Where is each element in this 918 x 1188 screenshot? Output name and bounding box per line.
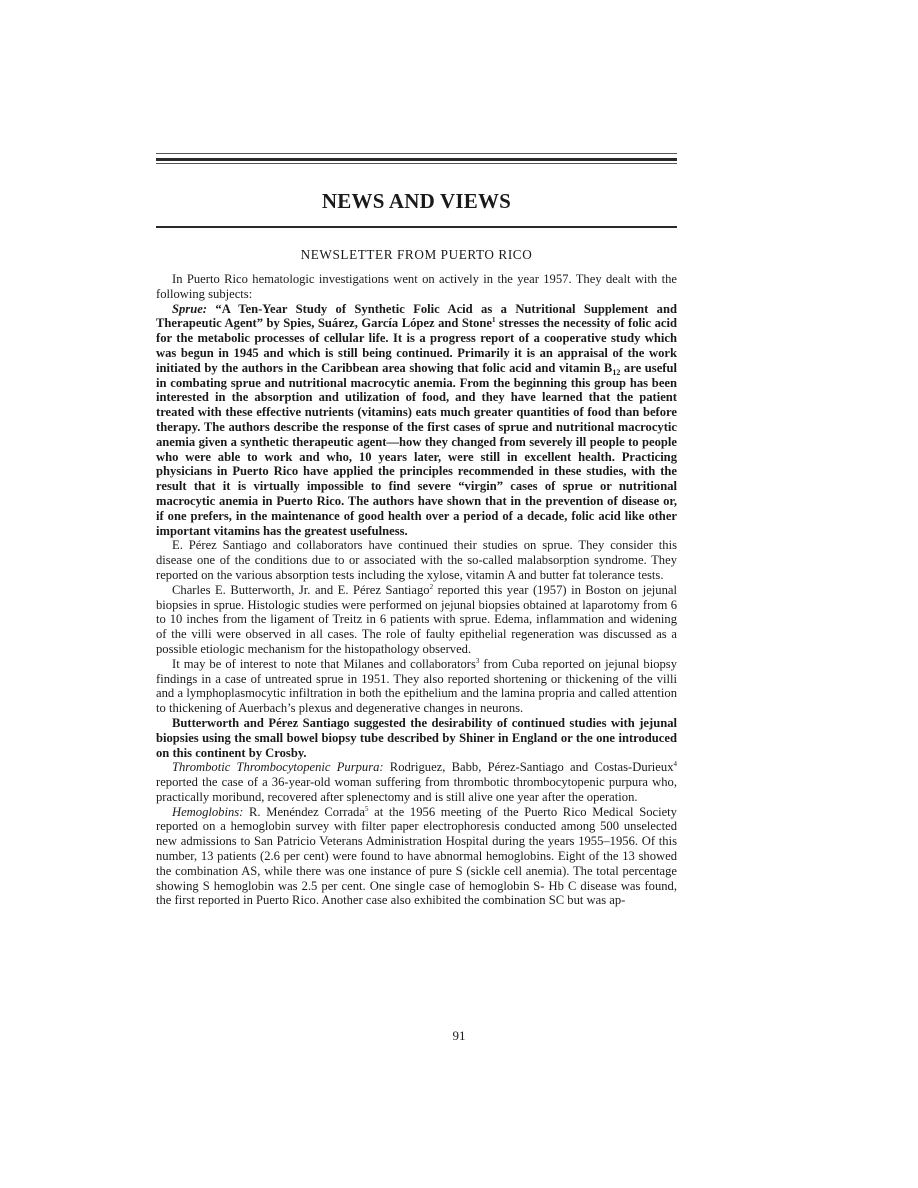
triple-rule-divider [156,150,677,168]
subject-heading: Hemoglobins: [172,805,243,819]
paragraph-text: In Puerto Rico hematologic investigation… [156,272,677,301]
paragraph-ttp: Thrombotic Thrombocytopenic Purpura: Rod… [156,760,677,804]
subject-heading: Sprue: [172,302,207,316]
paragraph-malabsorption: E. Pérez Santiago and collaborators have… [156,538,677,582]
paragraph-text: E. Pérez Santiago and collaborators have… [156,538,677,582]
paragraph-text: are useful in combating sprue and nutrit… [156,361,677,538]
paragraph-text: It may be of interest to note that Milan… [172,657,476,671]
paragraph-milanes: It may be of interest to note that Milan… [156,657,677,716]
rule-divider [156,226,677,228]
subject-heading: Thrombotic Thrombocytopenic Purpura: [172,760,384,774]
paragraph-text: reported the case of a 36-year-old woman… [156,775,677,804]
paragraph-text: Rodriguez, Babb, Pérez-Santiago and Cost… [384,760,674,774]
rule-line [156,163,677,164]
reference-number: 4 [674,760,678,768]
article-title: NEWSLETTER FROM PUERTO RICO [156,246,677,264]
paragraph-jejunal-biopsies: Charles E. Butterworth, Jr. and E. Pérez… [156,583,677,657]
rule-line [156,158,677,161]
paragraph-sprue: Sprue: “A Ten-Year Study of Synthetic Fo… [156,302,677,539]
rule-line [156,153,677,154]
paragraph-text: Charles E. Butterworth, Jr. and E. Pérez… [172,583,430,597]
article-body: In Puerto Rico hematologic investigation… [156,272,677,908]
section-title: NEWS AND VIEWS [156,187,677,215]
paragraph-text: R. Menéndez Corrada [243,805,365,819]
journal-page: NEWS AND VIEWS NEWSLETTER FROM PUERTO RI… [156,150,677,908]
page-number: 91 [0,1028,918,1044]
paragraph-intro: In Puerto Rico hematologic investigation… [156,272,677,302]
paragraph-biopsy-tube: Butterworth and Pérez Santiago suggested… [156,716,677,760]
paragraph-hemoglobins: Hemoglobins: R. Menéndez Corrada5 at the… [156,805,677,909]
paragraph-text: at the 1956 meeting of the Puerto Rico M… [156,805,677,908]
paragraph-text: Butterworth and Pérez Santiago suggested… [156,716,677,760]
